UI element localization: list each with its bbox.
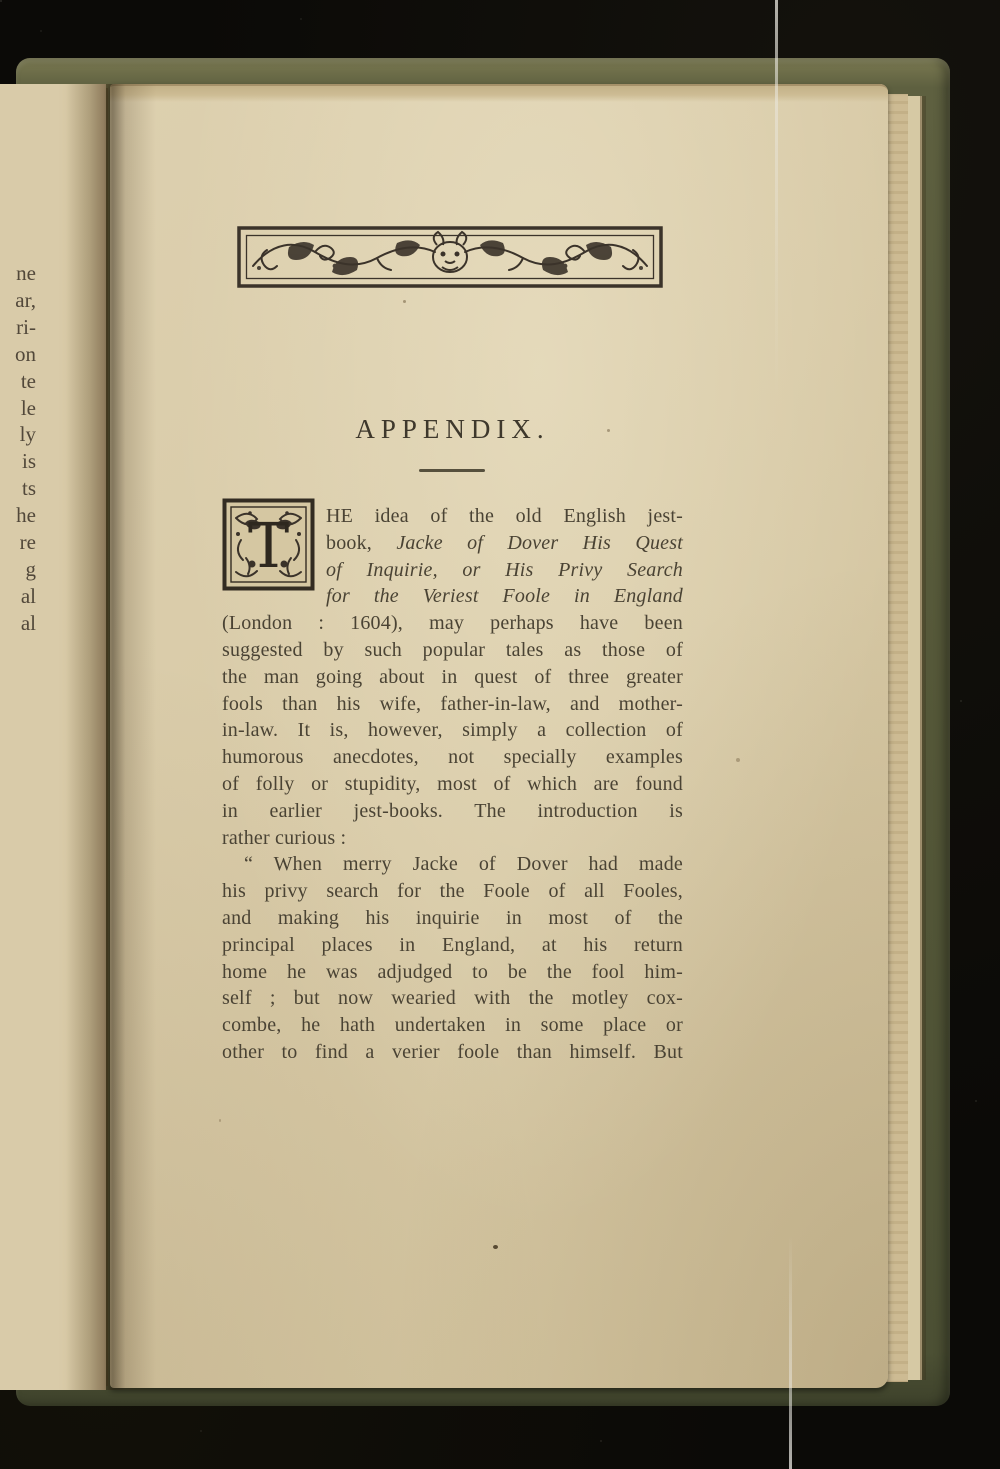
facing-page-fragment: re bbox=[0, 531, 36, 553]
text-line: suggested by such popular tales as those… bbox=[222, 637, 683, 664]
gutter-shadow bbox=[66, 84, 156, 1390]
body-text: of folly or stupidity, most of which are… bbox=[222, 773, 683, 795]
text-line: self ; but now wearied with the motley c… bbox=[222, 985, 683, 1012]
body-text: and making his inquirie in most of the bbox=[222, 907, 683, 929]
text-line: of folly or stupidity, most of which are… bbox=[222, 771, 683, 798]
text-line: of Inquirie, or His Privy Search bbox=[222, 557, 683, 584]
facing-page-fragment: al bbox=[0, 585, 36, 607]
body-text: in earlier jest-books. The introduction … bbox=[222, 800, 683, 822]
foxing-speck bbox=[607, 429, 610, 432]
hanging-thread-artifact bbox=[789, 1235, 792, 1469]
dust-specks bbox=[0, 0, 2, 2]
body-text: combe, he hath undertaken in some place … bbox=[222, 1014, 683, 1036]
text-line: (London : 1604), may perhaps have been bbox=[222, 610, 683, 637]
text-line: humorous anecdotes, not specially exampl… bbox=[222, 744, 683, 771]
text-line: in earlier jest-books. The introduction … bbox=[222, 798, 683, 825]
body-text: principal places in England, at his retu… bbox=[222, 934, 683, 956]
facing-page-fragment: te bbox=[0, 370, 36, 392]
body-text: (London : 1604), may perhaps have been bbox=[222, 612, 683, 634]
facing-page-fragment: le bbox=[0, 397, 36, 419]
foxing-speck bbox=[219, 1119, 221, 1122]
body-text: self ; but now wearied with the motley c… bbox=[222, 987, 683, 1009]
title-rule bbox=[419, 469, 485, 472]
foxing-speck bbox=[403, 300, 406, 303]
facing-page-fragment: ly bbox=[0, 423, 36, 445]
text-line: principal places in England, at his retu… bbox=[222, 932, 683, 959]
book-photo: near,ri-ontelelyistsheregalal bbox=[0, 0, 1000, 1469]
text-line: for the Veriest Foole in England bbox=[222, 583, 683, 610]
paragraph: HE idea of the old English jest-book, Ja… bbox=[222, 503, 683, 851]
text-line: and making his inquirie in most of the bbox=[222, 905, 683, 932]
hanging-thread-artifact bbox=[775, 0, 778, 400]
gutter-crease bbox=[106, 88, 108, 1386]
facing-page-fragment: ar, bbox=[0, 289, 36, 311]
text-line: other to find a verier foole than himsel… bbox=[222, 1039, 683, 1066]
text-line: “ When merry Jacke of Dover had made bbox=[222, 851, 683, 878]
foxing-speck bbox=[493, 1245, 498, 1249]
body-text: his privy search for the Foole of all Fo… bbox=[222, 880, 683, 902]
page-title: APPENDIX. bbox=[222, 414, 683, 445]
facing-page-fragment: ne bbox=[0, 262, 36, 284]
text-line: the man going about in quest of three gr… bbox=[222, 664, 683, 691]
text-line: his privy search for the Foole of all Fo… bbox=[222, 878, 683, 905]
text-block: HE idea of the old English jest-book, Ja… bbox=[222, 503, 683, 1066]
body-text: HE idea of the old English jest- bbox=[326, 505, 683, 527]
facing-page-fragment: g bbox=[0, 558, 36, 580]
body-text: fools than his wife, father-in-law, and … bbox=[222, 693, 683, 715]
book-title-italic: of Inquirie, or His Privy Search bbox=[326, 559, 683, 581]
vine-headpiece-ornament bbox=[237, 226, 663, 288]
body-text: “ When merry Jacke of Dover had made bbox=[244, 853, 683, 875]
book-title-italic: Jacke of Dover His Quest bbox=[396, 532, 683, 554]
body-text: other to find a verier foole than himsel… bbox=[222, 1041, 683, 1063]
body-text: humorous anecdotes, not specially exampl… bbox=[222, 746, 683, 768]
paragraph: “ When merry Jacke of Dover had madehis … bbox=[222, 851, 683, 1065]
facing-page-fragment: ts bbox=[0, 477, 36, 499]
foxing-speck bbox=[736, 758, 740, 762]
body-text: home he was adjudged to be the fool him- bbox=[222, 961, 683, 983]
facing-page-fragment: ri- bbox=[0, 316, 36, 338]
text-line: home he was adjudged to be the fool him- bbox=[222, 959, 683, 986]
body-text: the man going about in quest of three gr… bbox=[222, 666, 683, 688]
text-line: fools than his wife, father-in-law, and … bbox=[222, 691, 683, 718]
facing-page-fragment: al bbox=[0, 612, 36, 634]
page-content: APPENDIX. T bbox=[110, 84, 888, 1388]
text-line: book, Jacke of Dover His Quest bbox=[222, 530, 683, 557]
body-text: rather curious : bbox=[222, 827, 346, 849]
body-text: in-law. It is, however, simply a collect… bbox=[222, 719, 683, 741]
text-line: combe, he hath undertaken in some place … bbox=[222, 1012, 683, 1039]
body-text: suggested by such popular tales as those… bbox=[222, 639, 683, 661]
text-line: in-law. It is, however, simply a collect… bbox=[222, 717, 683, 744]
text-line: HE idea of the old English jest- bbox=[222, 503, 683, 530]
facing-page-fragment: he bbox=[0, 504, 36, 526]
mask-face bbox=[433, 232, 467, 272]
body-text: book, bbox=[326, 532, 396, 554]
book-title-italic: for the Veriest Foole in England bbox=[326, 585, 683, 607]
text-line: rather curious : bbox=[222, 825, 683, 852]
page-stack-shadow bbox=[920, 96, 926, 1380]
facing-page-fragment: is bbox=[0, 450, 36, 472]
facing-page-fragment: on bbox=[0, 343, 36, 365]
